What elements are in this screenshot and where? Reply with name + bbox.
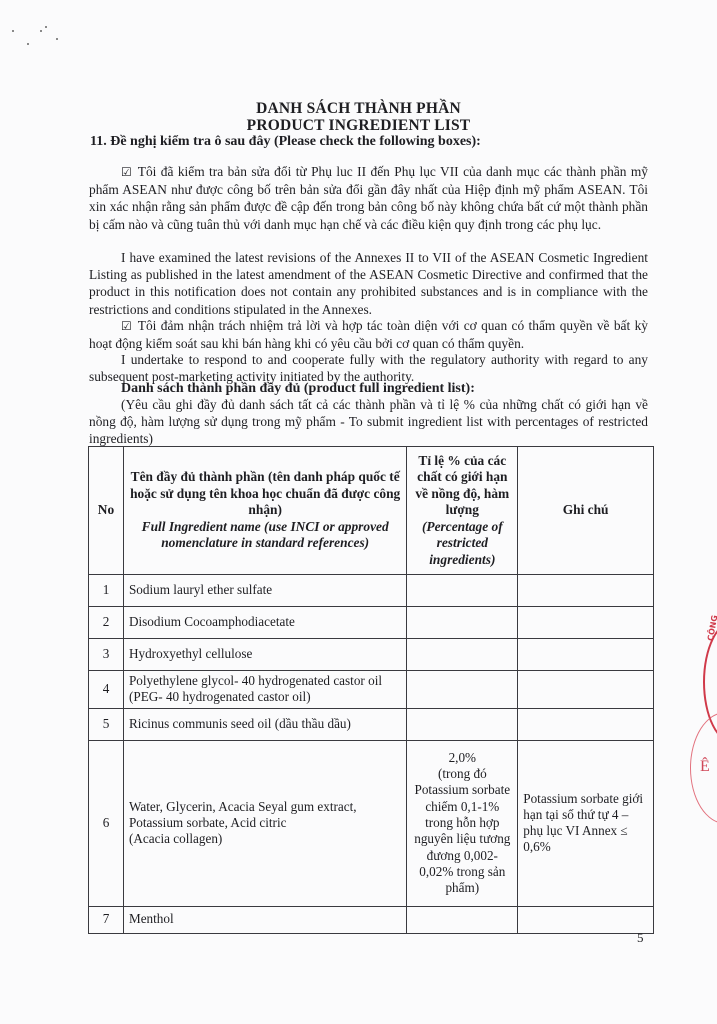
document-title-vi: DANH SÁCH THÀNH PHẦN: [0, 100, 717, 118]
ingredient-list-heading: Danh sách thành phần đầy đủ (product ful…: [89, 380, 648, 397]
table-row: 7 Menthol: [89, 906, 654, 933]
header-pct-vi: Tỉ lệ % của các chất có giới hạn về nồng…: [412, 453, 512, 519]
scan-speckle: [56, 38, 58, 40]
row-no: 4: [89, 671, 124, 709]
table-row: 6 Water, Glycerin, Acacia Seyal gum extr…: [89, 740, 654, 906]
row-note: [518, 639, 654, 671]
declaration-2-vi: ☑Tôi đảm nhận trách nhiệm trả lời và hợp…: [89, 317, 648, 352]
row-note: [518, 708, 654, 740]
checked-checkbox-icon[interactable]: ☑: [121, 165, 132, 179]
table-row: 1 Sodium lauryl ether sulfate: [89, 575, 654, 607]
table-row: 4 Polyethylene glycol- 40 hydrogenated c…: [89, 671, 654, 709]
row-note: Potassium sorbate giới hạn tại số thứ tự…: [518, 740, 654, 906]
row-no: 5: [89, 708, 124, 740]
ingredient-list-heading-text: Danh sách thành phần đầy đủ (product ful…: [121, 381, 475, 396]
section-heading: 11. Đề nghị kiểm tra ô sau đây (Please c…: [90, 134, 481, 150]
ingredient-table: No Tên đầy đủ thành phần (tên danh pháp …: [88, 446, 654, 934]
header-note: Ghi chú: [518, 447, 654, 575]
row-percentage: [407, 671, 518, 709]
row-no: 7: [89, 906, 124, 933]
header-name-vi: Tên đầy đủ thành phần (tên danh pháp quố…: [129, 469, 401, 519]
declaration-1-vi: ☑Tôi đã kiểm tra bản sửa đổi từ Phụ luc …: [89, 163, 648, 233]
row-percentage: [407, 708, 518, 740]
row-note: [518, 671, 654, 709]
scan-speckle: [12, 30, 14, 32]
table-header-row: No Tên đầy đủ thành phần (tên danh pháp …: [89, 447, 654, 575]
header-ingredient-name: Tên đầy đủ thành phần (tên danh pháp quố…: [123, 447, 406, 575]
declaration-1-vi-text: Tôi đã kiểm tra bản sửa đổi từ Phụ luc I…: [89, 164, 648, 232]
declaration-2-vi-text: Tôi đảm nhận trách nhiệm trả lời và hợp …: [89, 318, 648, 351]
header-percentage: Tỉ lệ % của các chất có giới hạn về nồng…: [407, 447, 518, 575]
header-pct-en: (Percentage of restricted ingredients): [422, 519, 503, 567]
red-seal-stamp-letter: Ê: [700, 758, 710, 776]
scan-speckle: [40, 30, 42, 32]
declaration-1-en-text: I have examined the latest revisions of …: [89, 250, 648, 317]
row-ingredient: Sodium lauryl ether sulfate: [123, 575, 406, 607]
row-note: [518, 906, 654, 933]
table-row: 2 Disodium Cocoamphodiacetate: [89, 607, 654, 639]
row-ingredient: Menthol: [123, 906, 406, 933]
row-ingredient: Polyethylene glycol- 40 hydrogenated cas…: [123, 671, 406, 709]
ingredient-list-instruction: (Yêu cầu ghi đầy đủ danh sách tất cả các…: [89, 396, 648, 448]
checked-checkbox-icon[interactable]: ☑: [121, 319, 132, 333]
row-note: [518, 607, 654, 639]
table-row: 3 Hydroxyethyl cellulose: [89, 639, 654, 671]
row-note: [518, 575, 654, 607]
table-row: 5 Ricinus communis seed oil (dầu thầu dầ…: [89, 708, 654, 740]
row-ingredient: Disodium Cocoamphodiacetate: [123, 607, 406, 639]
row-percentage: [407, 607, 518, 639]
scan-speckle: [27, 43, 29, 45]
row-percentage: [407, 639, 518, 671]
row-no: 1: [89, 575, 124, 607]
red-seal-stamp-text: CÔNG: [706, 614, 717, 641]
row-percentage: [407, 575, 518, 607]
row-percentage: 2,0% (trong đó Potassium sorbate chiếm 0…: [407, 740, 518, 906]
row-no: 6: [89, 740, 124, 906]
declaration-1-en: I have examined the latest revisions of …: [89, 249, 648, 318]
document-title-en: PRODUCT INGREDIENT LIST: [0, 117, 717, 135]
row-no: 3: [89, 639, 124, 671]
row-ingredient: Ricinus communis seed oil (dầu thầu dầu): [123, 708, 406, 740]
row-ingredient: Hydroxyethyl cellulose: [123, 639, 406, 671]
page-number: 5: [637, 930, 644, 946]
document-page: DANH SÁCH THÀNH PHẦN PRODUCT INGREDIENT …: [0, 0, 717, 1024]
header-no: No: [89, 447, 124, 575]
header-name-en: Full Ingredient name (use INCI or approv…: [142, 519, 389, 551]
row-no: 2: [89, 607, 124, 639]
scan-speckle: [45, 26, 47, 28]
ingredient-list-instruction-text: (Yêu cầu ghi đầy đủ danh sách tất cả các…: [89, 397, 648, 446]
row-percentage: [407, 906, 518, 933]
row-ingredient: Water, Glycerin, Acacia Seyal gum extrac…: [123, 740, 406, 906]
